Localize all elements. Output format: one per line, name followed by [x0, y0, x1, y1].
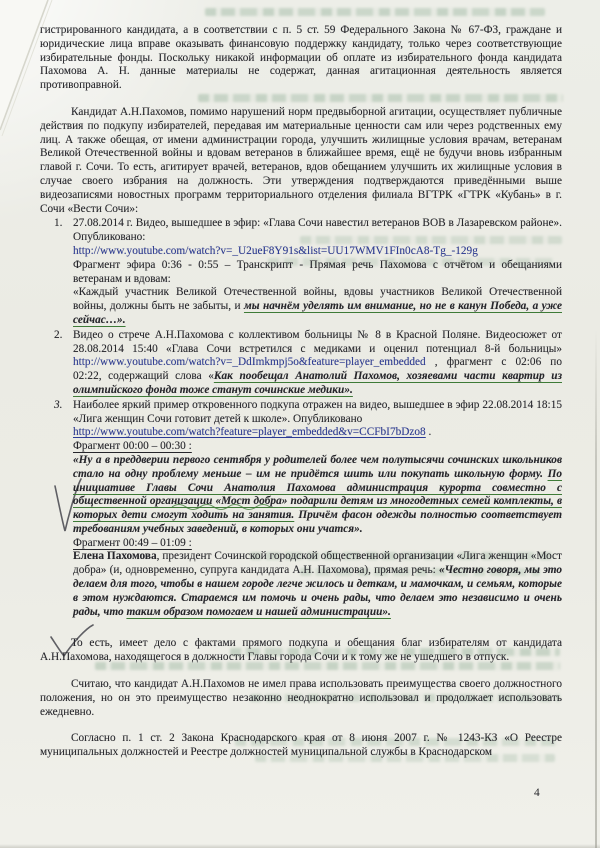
youtube-link[interactable]: http://www.youtube.com/watch?v=_DdImkmpj… [73, 356, 426, 368]
item3-fragment1-label: Фрагмент 00:00 – 00:30 : [73, 440, 562, 454]
quote-emphasis: таким образом помогаем и нашей администр… [126, 606, 390, 618]
list-item-intro: 27.08.2014 г. Видео, вышедшее в эфир: «Г… [73, 217, 562, 245]
paper-edge-shadow [595, 330, 597, 848]
item1-url-line: http://www.youtube.com/watch?v=_U2ueF8Y9… [73, 245, 562, 259]
scanned-page: гистрированного кандидата, а в соответст… [0, 0, 600, 848]
fragment-timestamp-label: Фрагмент 00:49 – 01:09 : [73, 537, 192, 549]
fragment-timestamp-label: Фрагмент 00:00 – 00:30 : [73, 440, 192, 452]
item3-quote2: Елена Пахомова, президент Сочинской горо… [73, 550, 562, 619]
item3-fragment2-label: Фрагмент 00:49 – 01:09 : [73, 537, 562, 551]
item3-intro-text: Наиболее яркий пример откровенного подку… [73, 399, 562, 425]
list-number: 3. [54, 399, 62, 413]
list-number: 2. [54, 329, 62, 343]
item1-quote: «Каждый участник Великой Отечественной в… [73, 286, 562, 327]
item1-intro-text: 27.08.2014 г. Видео, вышедшее в эфир: «Г… [73, 217, 562, 243]
list-item-video-3: 3. Наиболее яркий пример откровенного по… [40, 399, 562, 620]
paragraph-conclusion-bribery: То есть, имеет дело с фактами прямого по… [40, 637, 562, 665]
item3-url-line: http://www.youtube.com/watch?feature=pla… [73, 426, 562, 440]
list-item-video-2: 2. Видео о стрече А.Н.Пахомова с коллект… [40, 329, 562, 398]
item1-fragment-text: Фрагмент эфира 0:36 - 0:55 – Транскрипт … [73, 259, 562, 285]
youtube-link[interactable]: http://www.youtube.com/watch?feature=pla… [73, 426, 426, 438]
youtube-link[interactable]: http://www.youtube.com/watch?v=_U2ueF8Y9… [73, 245, 478, 257]
paragraph-election-funds: гистрированного кандидата, а в соответст… [40, 24, 562, 93]
speaker-name: Елена Пахомова [73, 550, 157, 562]
paragraph-law-reference: Согласно п. 1 ст. 2 Закона Краснодарског… [40, 732, 562, 760]
page-number: 4 [534, 787, 540, 799]
item3-quote1: «Ну а в преддверии первого сентября у ро… [73, 454, 562, 537]
quote-bold-italic: «Ну а в преддверии первого сентября у ро… [73, 454, 562, 480]
item2-text: Видео о стрече А.Н.Пахомова с коллективо… [73, 329, 562, 398]
list-item-video-1: 1. 27.08.2014 г. Видео, вышедшее в эфир:… [40, 217, 562, 327]
paper-edge-shadow [0, 844, 600, 848]
item3-after-url: . [426, 426, 432, 438]
item2-intro-text: Видео о стрече А.Н.Пахомова с коллективо… [73, 329, 562, 355]
item1-fragment-note: Фрагмент эфира 0:36 - 0:55 – Транскрипт … [73, 259, 562, 287]
paragraph-opinion: Считаю, что кандидат А.Н.Пахомов не имел… [40, 678, 562, 719]
item3-intro: Наиболее яркий пример откровенного подку… [73, 399, 562, 427]
bleed-through-smudge [205, 8, 545, 16]
paragraph-vote-buying: Кандидат А.Н.Пахомов, помимо нарушений н… [40, 106, 562, 216]
text-column: гистрированного кандидата, а в соответст… [40, 24, 562, 760]
list-number: 1. [54, 217, 62, 231]
